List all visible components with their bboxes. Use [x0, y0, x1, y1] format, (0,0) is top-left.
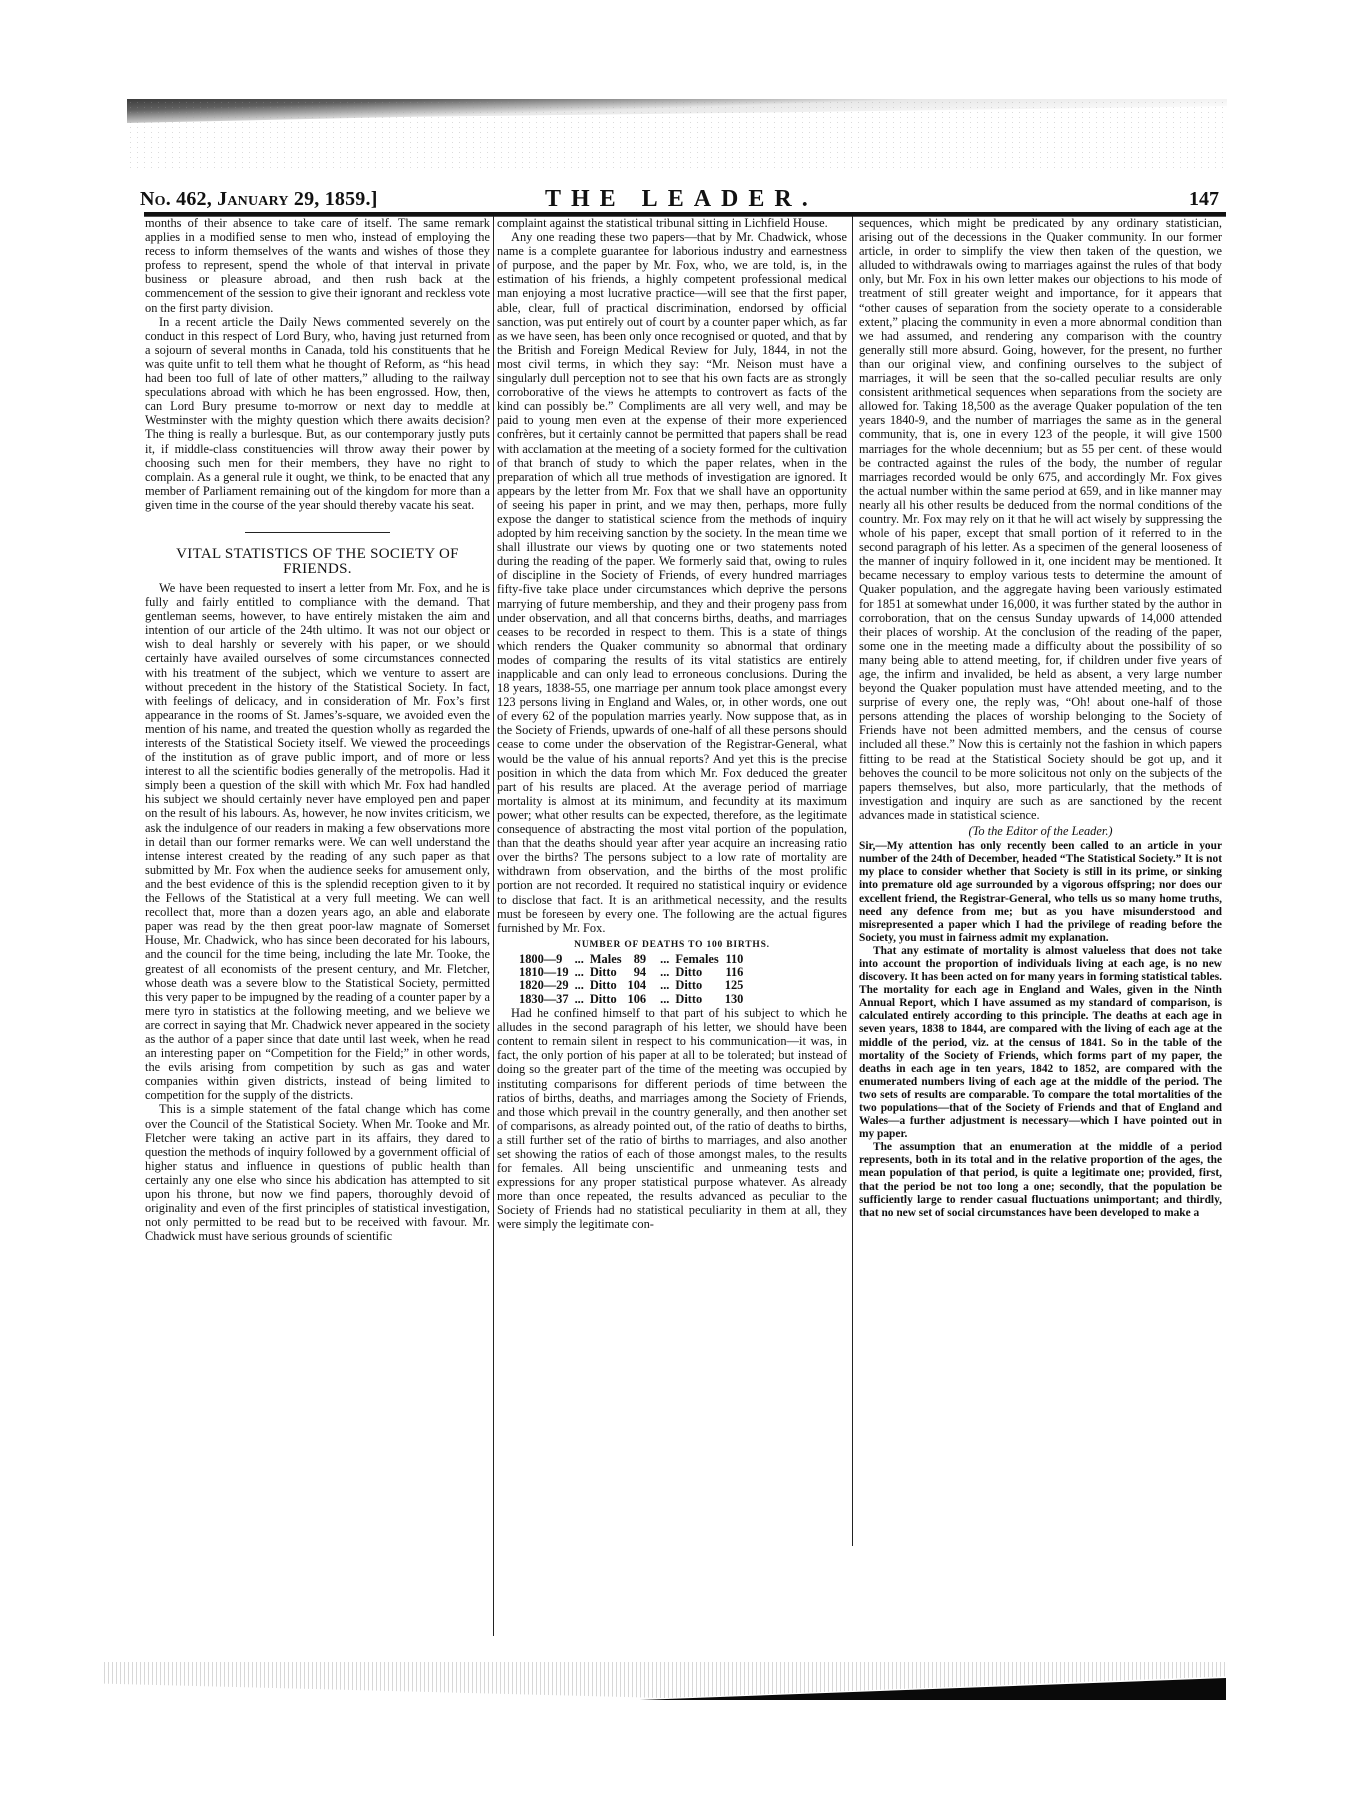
table-row: 1800—9...Males89...Females110: [519, 953, 757, 966]
paragraph: Sir,—My attention has only recently been…: [859, 840, 1222, 945]
page-number: 147: [1189, 188, 1219, 211]
column-1: months of their absence to take care of …: [145, 216, 490, 1243]
table-row: 1820—29...Ditto104...Ditto125: [519, 979, 757, 992]
newspaper-title: THE LEADER.: [545, 186, 818, 213]
masthead: No. 462, January 29, 1859.] THE LEADER. …: [140, 186, 1225, 212]
paragraph: In a recent article the Daily News comme…: [145, 315, 490, 512]
letter-to-editor: Sir,—My attention has only recently been…: [859, 840, 1222, 1220]
table-caption: NUMBER OF DEATHS TO 100 BIRTHS.: [497, 938, 847, 952]
paragraph: The assumption that an enumeration at th…: [859, 1141, 1222, 1220]
article-heading: VITAL STATISTICS OF THE SOCIETY OF FRIEN…: [145, 547, 490, 577]
table-row: 1810—19...Ditto94...Ditto116: [519, 966, 757, 979]
paragraph: Any one reading these two papers—that by…: [497, 230, 847, 935]
deaths-to-births-table: 1800—9...Males89...Females1101810—19...D…: [519, 953, 757, 1006]
section-divider: [245, 532, 390, 533]
issue-date: No. 462, January 29, 1859.]: [140, 188, 378, 211]
scan-noise-top: [127, 100, 1227, 170]
table-row: 1830—37...Ditto106...Ditto130: [519, 993, 757, 1006]
paragraph: We have been requested to insert a lette…: [145, 581, 490, 1102]
paragraph: months of their absence to take care of …: [145, 216, 490, 315]
paragraph: This is a simple statement of the fatal …: [145, 1102, 490, 1243]
column-3: sequences, which might be predicated by …: [859, 216, 1222, 1220]
column-2: complaint against the statistical tribun…: [497, 216, 847, 1232]
paragraph: Had he confined himself to that part of …: [497, 1006, 847, 1232]
paragraph: complaint against the statistical tribun…: [497, 216, 847, 230]
letter-heading: (To the Editor of the Leader.): [859, 824, 1222, 838]
column-divider: [493, 216, 494, 1636]
paragraph: sequences, which might be predicated by …: [859, 216, 1222, 822]
column-divider: [852, 216, 853, 1546]
paragraph: That any estimate of mortality is almost…: [859, 945, 1222, 1141]
